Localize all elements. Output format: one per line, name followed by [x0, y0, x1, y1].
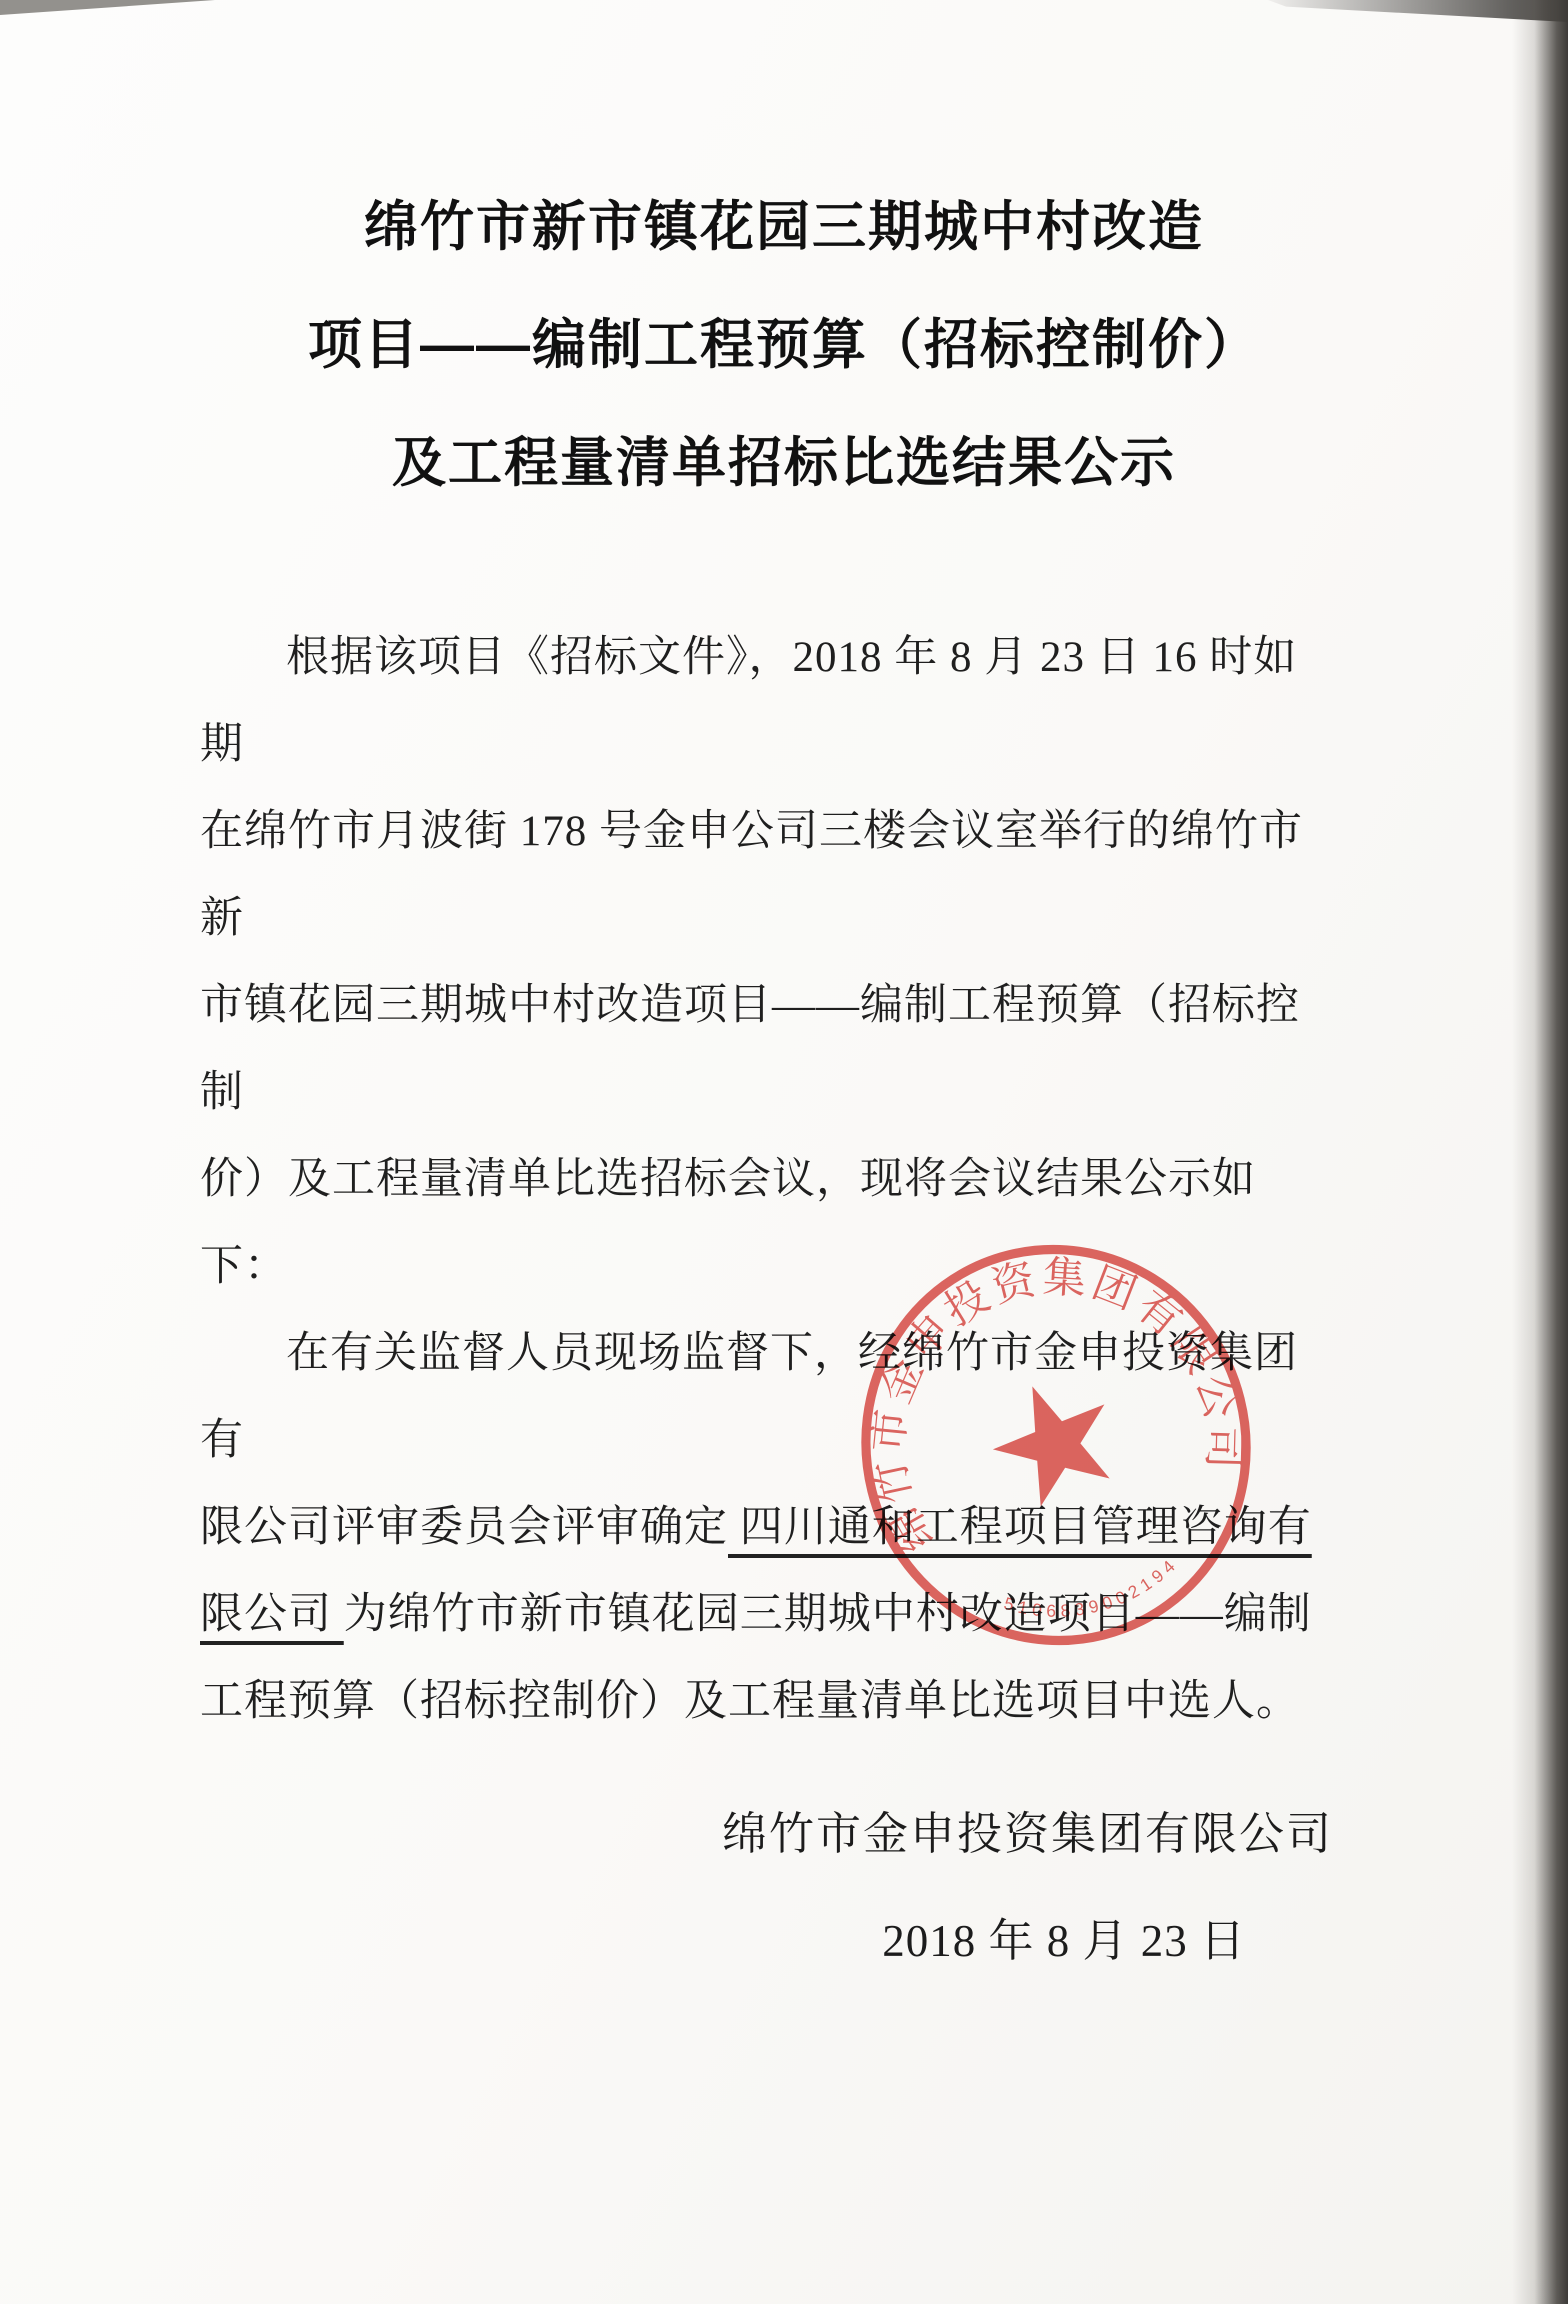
document-title: 绵竹市新市镇花园三期城中村改造 项目——编制工程预算（招标控制价） 及工程量清单… — [60, 168, 1508, 522]
text-segment: 市镇花园三期城中村改造项目——编制工程预算（招标控制 — [200, 982, 1300, 1116]
text-line: 限公司 为绵竹市新市镇花园三期城中村改造项目——编制 — [200, 1571, 1340, 1658]
title-line-3: 及工程量清单招标比选结果公示 — [60, 404, 1508, 522]
title-line-2: 项目——编制工程预算（招标控制价） — [60, 286, 1508, 404]
text-segment: 工程预算（招标控制价）及工程量清单比选项目中选人。 — [200, 1678, 1300, 1725]
text-segment: 为绵竹市新市镇花园三期城中村改造项目——编制 — [344, 1591, 1312, 1638]
scan-artifact-right-edge — [1512, 0, 1568, 2304]
awardee-name-underlined: 限公司 — [200, 1591, 344, 1638]
document-body: 根据该项目《招标文件》，2018 年 8 月 23 日 16 时如期在绵竹市月波… — [200, 614, 1340, 1745]
text-segment: 价）及工程量清单比选招标会议，现将会议结果公示如下： — [200, 1156, 1256, 1290]
text-segment: 在绵竹市月波街 178 号金申公司三楼会议室举行的绵竹市新 — [200, 808, 1303, 942]
text-line: 根据该项目《招标文件》，2018 年 8 月 23 日 16 时如期 — [200, 614, 1340, 788]
text-line: 在绵竹市月波街 178 号金申公司三楼会议室举行的绵竹市新 — [200, 788, 1340, 962]
paragraph-2: 在有关监督人员现场监督下，经绵竹市金申投资集团有限公司评审委员会评审确定 四川通… — [200, 1310, 1340, 1745]
text-line: 价）及工程量清单比选招标会议，现将会议结果公示如下： — [200, 1136, 1340, 1310]
text-segment: 在有关监督人员现场监督下，经绵竹市金申投资集团有 — [200, 1330, 1298, 1464]
text-line: 工程预算（招标控制价）及工程量清单比选项目中选人。 — [200, 1658, 1340, 1745]
signature-block: 绵竹市金申投资集团有限公司 2018 年 8 月 23 日 — [0, 1797, 1568, 1969]
text-line: 在有关监督人员现场监督下，经绵竹市金申投资集团有 — [200, 1310, 1340, 1484]
title-line-1: 绵竹市新市镇花园三期城中村改造 — [60, 168, 1508, 286]
text-segment: 限公司评审委员会评审确定 — [200, 1504, 728, 1551]
signature-company: 绵竹市金申投资集团有限公司 — [0, 1797, 1568, 1862]
text-segment: 根据该项目《招标文件》，2018 年 8 月 23 日 16 时如期 — [200, 634, 1297, 768]
paragraph-1: 根据该项目《招标文件》，2018 年 8 月 23 日 16 时如期在绵竹市月波… — [200, 614, 1340, 1310]
text-line: 限公司评审委员会评审确定 四川通和工程项目管理咨询有 — [200, 1484, 1340, 1571]
awardee-name-underlined: 四川通和工程项目管理咨询有 — [728, 1504, 1312, 1551]
scanned-document-page: 绵竹市新市镇花园三期城中村改造 项目——编制工程预算（招标控制价） 及工程量清单… — [0, 0, 1568, 2304]
signature-date: 2018 年 8 月 23 日 — [0, 1904, 1568, 1969]
scan-artifact-top-left — [0, 0, 215, 15]
text-line: 市镇花园三期城中村改造项目——编制工程预算（招标控制 — [200, 962, 1340, 1136]
